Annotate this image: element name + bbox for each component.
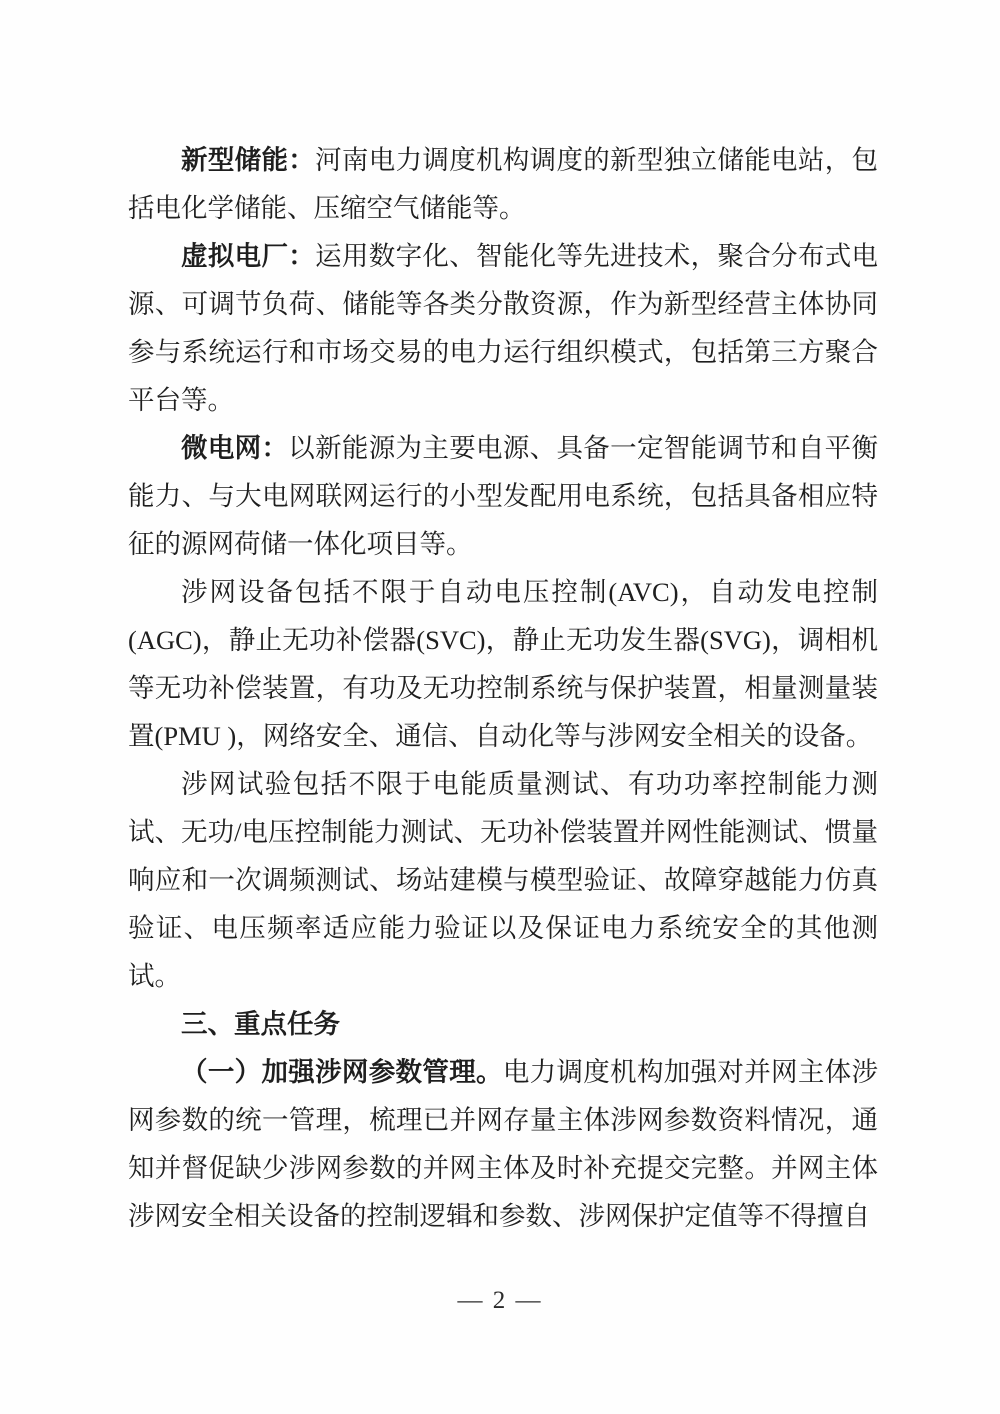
para-grid-related-tests: 涉网试验包括不限于电能质量测试、有功功率控制能力测试、无功/电压控制能力测试、无… <box>128 760 878 1000</box>
para-strengthen-grid-parameters: （一）加强涉网参数管理。电力调度机构加强对并网主体涉网参数的统一管理，梳理已并网… <box>128 1048 878 1240</box>
document-body: 新型储能：河南电力调度机构调度的新型独立储能电站，包括电化学储能、压缩空气储能等… <box>128 136 878 1240</box>
para-grid-related-equipment: 涉网设备包括不限于自动电压控制(AVC)，自动发电控制(AGC)，静止无功补偿器… <box>128 568 878 760</box>
para-new-energy-storage-lead: 新型储能： <box>181 145 315 175</box>
para-strengthen-grid-parameters-lead: （一）加强涉网参数管理。 <box>181 1057 503 1087</box>
para-microgrid-lead: 微电网： <box>181 433 288 463</box>
section-heading-key-tasks: 三、重点任务 <box>128 1000 878 1048</box>
para-new-energy-storage: 新型储能：河南电力调度机构调度的新型独立储能电站，包括电化学储能、压缩空气储能等… <box>128 136 878 232</box>
para-grid-related-equipment-text: 涉网设备包括不限于自动电压控制(AVC)，自动发电控制(AGC)，静止无功补偿器… <box>128 577 878 751</box>
para-virtual-power-plant-lead: 虚拟电厂： <box>181 241 315 271</box>
page-number: — 2 — <box>0 1285 1000 1317</box>
para-virtual-power-plant: 虚拟电厂：运用数字化、智能化等先进技术，聚合分布式电源、可调节负荷、储能等各类分… <box>128 232 878 424</box>
document-page: 新型储能：河南电力调度机构调度的新型独立储能电站，包括电化学储能、压缩空气储能等… <box>0 0 1000 1414</box>
para-microgrid: 微电网：以新能源为主要电源、具备一定智能调节和自平衡能力、与大电网联网运行的小型… <box>128 424 878 568</box>
para-grid-related-tests-text: 涉网试验包括不限于电能质量测试、有功功率控制能力测试、无功/电压控制能力测试、无… <box>128 769 878 991</box>
